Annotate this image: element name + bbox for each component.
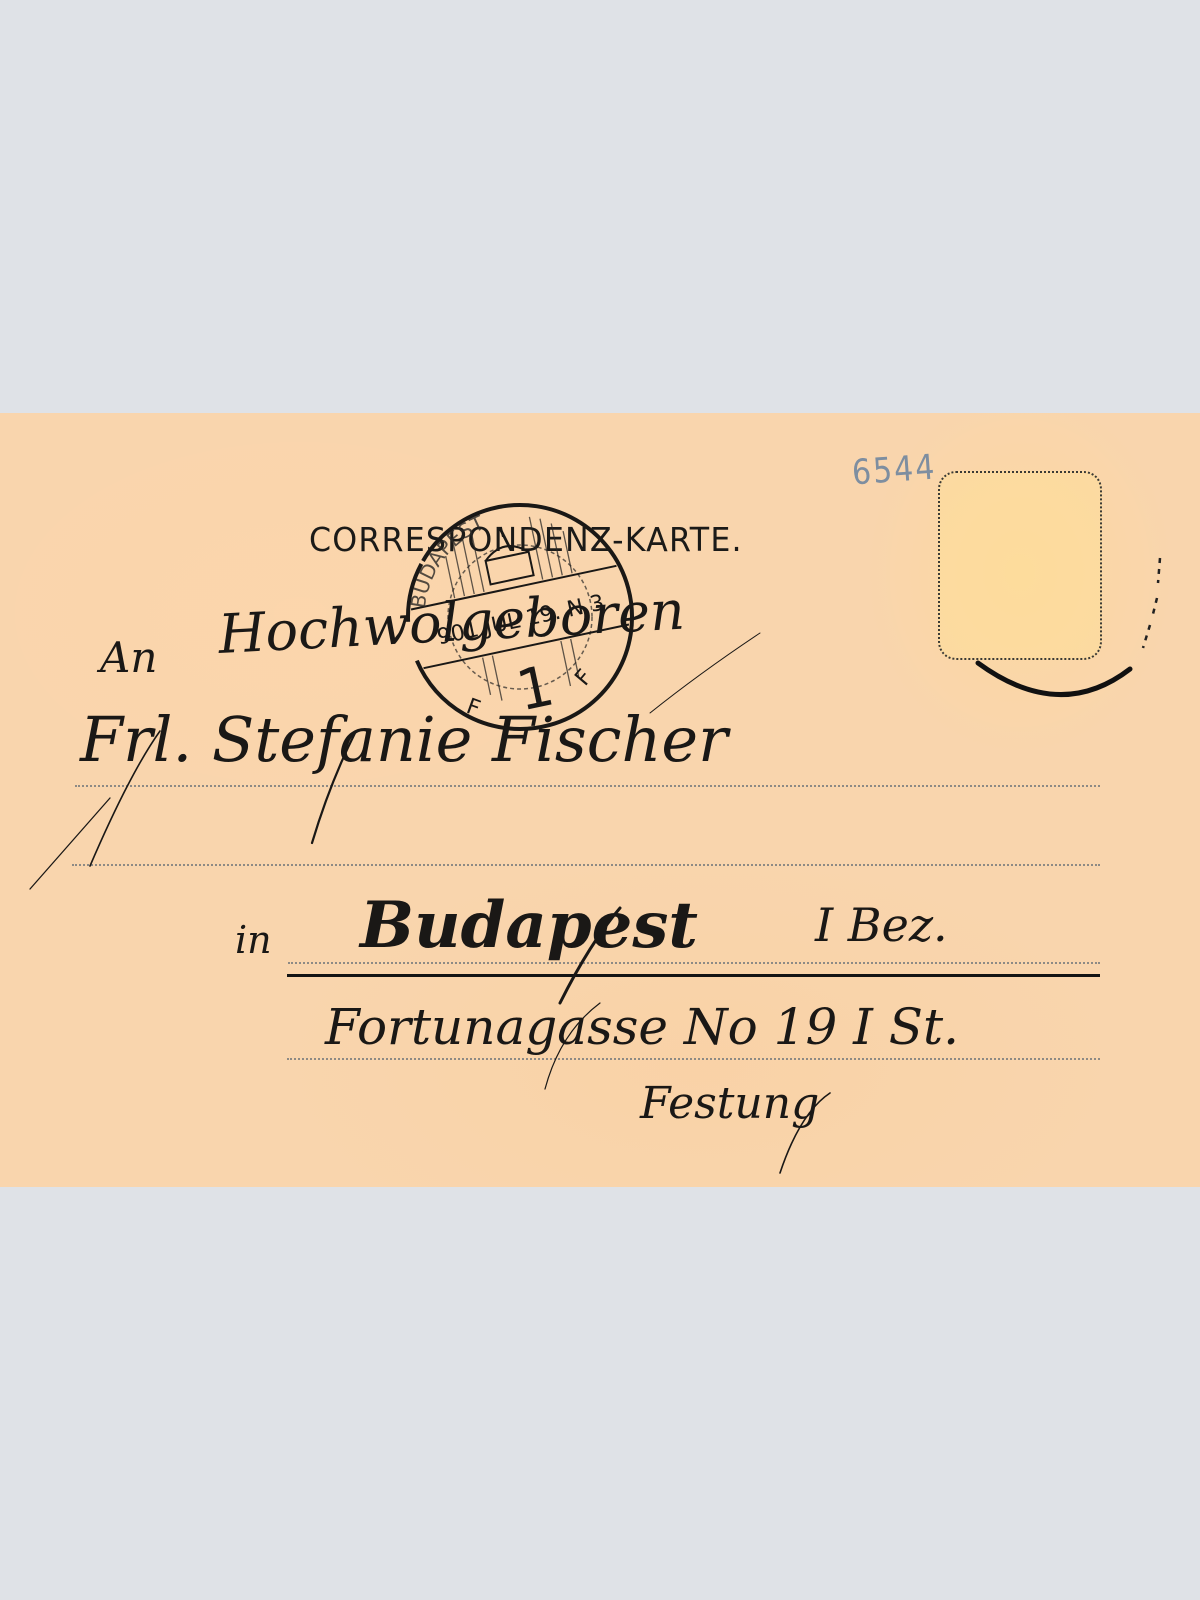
- address-line-2: Frl. Stefanie Fischer: [80, 703, 728, 776]
- address-district: I Bez.: [815, 898, 948, 952]
- postcard: 6544 CORRESPONDENZ-KARTE.: [0, 413, 1200, 1187]
- address-prefix-an: An: [100, 633, 157, 682]
- address-city: Budapest: [360, 888, 698, 963]
- cancellation-arc: [978, 663, 1130, 695]
- address-prefix-in: in: [235, 918, 272, 962]
- address-line-5: Festung: [640, 1078, 819, 1129]
- svg-text:F: F: [570, 665, 597, 691]
- address-line-4: Fortunagasse No 19 I St.: [325, 998, 959, 1056]
- ink-layer: 901 JUL 19. N 3 1 BUDAPEST F F: [0, 413, 1200, 1187]
